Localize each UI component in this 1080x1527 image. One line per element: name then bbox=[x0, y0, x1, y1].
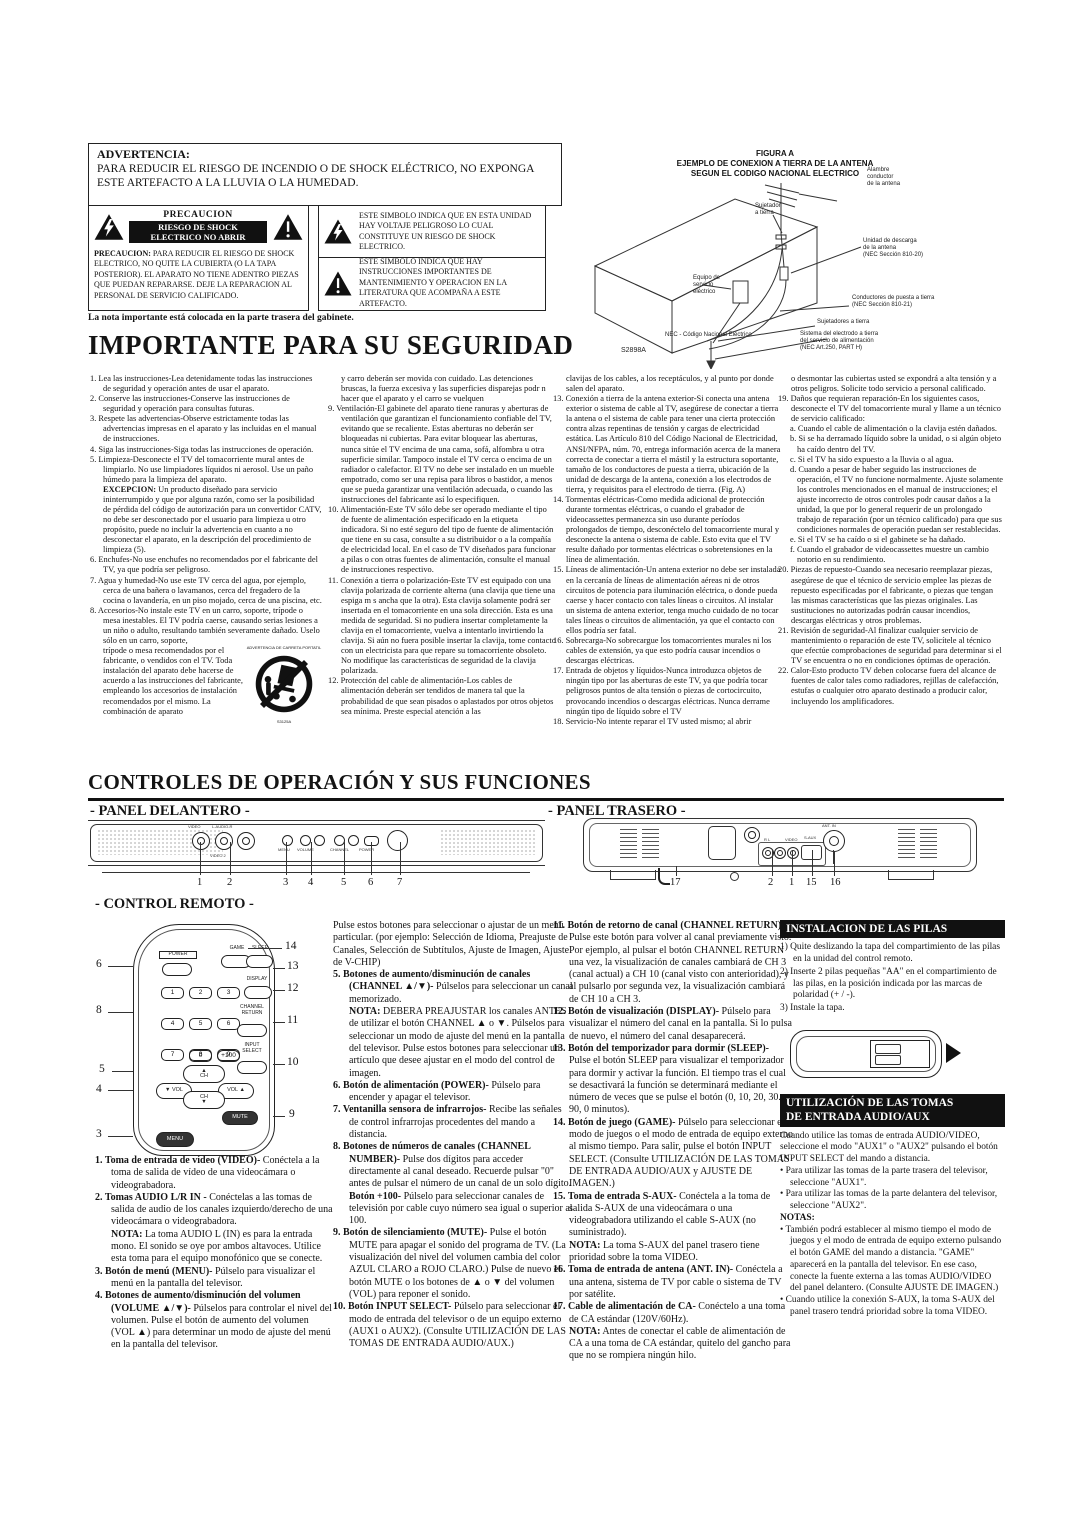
vent-right-2 bbox=[920, 828, 937, 858]
battery-aa-1 bbox=[875, 1044, 901, 1054]
list-item: • Cuando utilice la conexión S-AUX, la t… bbox=[780, 1295, 1005, 1319]
list-item: 1. Lea las instrucciones-Lea detenidamen… bbox=[90, 374, 322, 394]
callout-line bbox=[676, 866, 677, 876]
list-item: 5. Botones de aumento/disminución de can… bbox=[333, 969, 573, 1006]
list-item: 8. Accesorios-No instale este TV en un c… bbox=[90, 606, 322, 646]
remote-power-button bbox=[162, 963, 192, 976]
power-cord bbox=[658, 868, 670, 885]
front-video2-label: VIDEO 2 bbox=[210, 853, 226, 858]
callout-line bbox=[792, 850, 793, 876]
list-item: NOTAS: bbox=[780, 1213, 1005, 1225]
callout-line bbox=[286, 842, 287, 875]
label-discharge-unit: Unidad de descarga de la antena (NEC Sec… bbox=[863, 238, 923, 259]
callout-8: 8 bbox=[96, 1004, 102, 1016]
list-item: 2) Inserte 2 pilas pequeñas "AA" en el c… bbox=[780, 967, 1005, 1002]
list-item: 13. Botón del temporizador para dormir (… bbox=[553, 1043, 793, 1117]
label-antenna-wire: Alambre conductor de la antena bbox=[867, 167, 900, 188]
callout-6: 6 bbox=[96, 958, 102, 970]
audio-right-jack bbox=[237, 832, 255, 850]
callout-line bbox=[344, 842, 345, 875]
list-item: 20. Piezas de repuesto-Cuando sea necesa… bbox=[778, 565, 1004, 625]
safety-col-2: y carro deberán ser movida con cuidado. … bbox=[328, 374, 556, 717]
title-rule bbox=[88, 798, 1004, 801]
vent-left-2 bbox=[642, 828, 659, 858]
list-item: 4. Siga las instrucciones-Siga todas las… bbox=[90, 445, 322, 455]
ir-sensor-window bbox=[387, 830, 408, 851]
list-item: 1) Quite deslizando la tapa del comparti… bbox=[780, 942, 1005, 966]
list-item: Cuando utilice las tomas de entrada AUDI… bbox=[780, 1131, 1005, 1166]
advertencia-body: PARA REDUCIR EL RIESGO DE INCENDIO O DE … bbox=[97, 162, 553, 191]
list-item: f. Cuando el grabador de videocassettes … bbox=[778, 545, 1004, 565]
rear-ant-label: ANT. IN bbox=[822, 823, 836, 828]
symbol-row-voltage: ESTE SIMBOLO INDICA QUE EN ESTA UNIDAD H… bbox=[319, 206, 545, 258]
slide-arrow-icon bbox=[946, 1043, 961, 1063]
figure-code: S2898A bbox=[621, 347, 646, 355]
callout-line bbox=[400, 842, 401, 875]
aux-items: Cuando utilice las tomas de entrada AUDI… bbox=[780, 1131, 1005, 1319]
list-item: 14. Botón de juego (GAME)- Púlselo para … bbox=[553, 1117, 793, 1191]
pilas-steps: 1) Quite deslizando la tapa del comparti… bbox=[780, 942, 1005, 1015]
rear-num-15: 15 bbox=[806, 877, 817, 888]
list-item: 14. Tormentas eléctricas-Como medida adi… bbox=[553, 495, 781, 566]
list-item: 9. Botón de silenciamiento (MUTE)- Pulse… bbox=[333, 1227, 573, 1301]
list-item: 15. Toma de entrada S-AUX- Conéctela a l… bbox=[553, 1191, 793, 1240]
rear-screw bbox=[730, 872, 739, 881]
callout-5: 5 bbox=[99, 1063, 105, 1075]
list-item: 16. Toma de entrada de antena (ANT. IN)-… bbox=[553, 1264, 793, 1301]
list-item: 2. Tomas AUDIO L/R IN - Conéctelas a las… bbox=[95, 1192, 333, 1229]
callout-line bbox=[108, 1090, 133, 1091]
front-num-7: 7 bbox=[397, 877, 402, 888]
callout-line bbox=[812, 850, 813, 876]
list-item: a. Cuando el cable de alimentación o la … bbox=[778, 424, 1004, 434]
list-item: 3 bbox=[217, 987, 240, 999]
list-item: 5 bbox=[189, 1018, 212, 1030]
safety-item8-cont: trípode o mesa recomendados por el fabri… bbox=[90, 646, 244, 725]
front-video-label: VIDEO bbox=[188, 824, 200, 829]
remote-sleep-button bbox=[246, 955, 273, 968]
list-item: 11. Conexión a tierra o polarización-Est… bbox=[328, 576, 556, 677]
front-num-4: 4 bbox=[308, 877, 313, 888]
list-item: 6. Enchufes-No use enchufes no recomenda… bbox=[90, 555, 322, 575]
aux-header: UTILIZACIÓN DE LAS TOMAS DE ENTRADA AUDI… bbox=[780, 1094, 1005, 1127]
rear-num-16: 16 bbox=[830, 877, 841, 888]
list-item: 8. Botones de números de canales (CHANNE… bbox=[333, 1141, 573, 1190]
front-menu-label: MENU bbox=[278, 847, 290, 852]
list-item: 16. Sobrecarga-No sobrecargue los tomaco… bbox=[553, 636, 781, 666]
rear-foot-left bbox=[610, 870, 656, 880]
remote-display-label: DISPLAY bbox=[240, 977, 274, 983]
safety-list-1: 1. Lea las instrucciones-Lea detenidamen… bbox=[90, 374, 322, 646]
list-item: 1 bbox=[161, 987, 184, 999]
tv-base-line-2 bbox=[102, 872, 530, 873]
cart-warning: ADVERTENCIA DE CARRETA PORTATIL S3125A bbox=[246, 646, 322, 725]
callout-line bbox=[772, 850, 773, 876]
list-item: 10. Botón INPUT SELECT- Púlselo para sel… bbox=[333, 1301, 573, 1350]
precaucion-title: PRECAUCION bbox=[129, 210, 267, 220]
callout-12: 12 bbox=[287, 982, 299, 994]
volume-up-button bbox=[314, 835, 325, 846]
front-channel-label: CHANNEL bbox=[330, 847, 349, 852]
list-item: 2. Conserve las instrucciones-Conserve l… bbox=[90, 394, 322, 414]
exclamation-triangle-icon bbox=[272, 212, 304, 242]
callout-line bbox=[273, 1064, 285, 1065]
list-item: 21. Revisión de seguridad-Al finalizar c… bbox=[778, 626, 1004, 666]
tv-top-line bbox=[88, 820, 545, 821]
list-item: e. Si el TV se ha caído o si el gabinete… bbox=[778, 535, 1004, 545]
callout-line bbox=[834, 852, 835, 876]
controls-col-4: INSTALACION DE LAS PILAS 1) Quite desliz… bbox=[780, 920, 1005, 1319]
callout-14: 14 bbox=[285, 940, 297, 952]
remote-chreturn-button bbox=[237, 1024, 267, 1037]
list-item: 7. Ventanilla sensora de infrarrojos- Re… bbox=[333, 1104, 573, 1141]
lightning-triangle-icon bbox=[93, 212, 125, 242]
rear-note: La nota importante está colocada en la p… bbox=[88, 313, 354, 323]
list-item: 9. Ventilación-El gabinete del aparato t… bbox=[328, 404, 556, 505]
list-item: 18. Servicio-No intente reparar el TV us… bbox=[553, 717, 781, 727]
cart-code: S3125A bbox=[246, 720, 322, 725]
rear-audio-label: R L bbox=[764, 837, 770, 842]
safety-col-1: 1. Lea las instrucciones-Lea detenidamen… bbox=[90, 374, 322, 725]
safety-col-3: clavijas de los cables, a los receptácul… bbox=[553, 374, 781, 727]
list-item: NOTA: La toma AUDIO L (IN) es para la en… bbox=[95, 1229, 333, 1266]
pilas-header: INSTALACION DE LAS PILAS bbox=[780, 920, 1005, 938]
list-item: 11. Botón de retorno de canal (CHANNEL R… bbox=[553, 920, 793, 1006]
list-item: 5. Limpieza-Desconecte el TV del tomacor… bbox=[90, 455, 322, 485]
front-num-2: 2 bbox=[227, 877, 232, 888]
list-item: 12. Protección del cable de alimentación… bbox=[328, 676, 556, 716]
vent-right bbox=[898, 828, 915, 858]
precaucion-box: PRECAUCION RIESGO DE SHOCK ELECTRICO NO … bbox=[88, 205, 309, 311]
list-item: 10. Alimentación-Este TV sólo debe ser o… bbox=[328, 505, 556, 576]
remote-menu-button: MENU bbox=[156, 1132, 194, 1147]
callout-line bbox=[230, 842, 231, 875]
callout-line bbox=[273, 990, 285, 991]
callout-line bbox=[311, 842, 312, 875]
callout-9: 9 bbox=[289, 1108, 295, 1120]
callout-13: 13 bbox=[287, 960, 299, 972]
callout-line bbox=[108, 1012, 133, 1013]
battery-aa-2 bbox=[875, 1055, 901, 1065]
list-item: 12. Botón de visualización (DISPLAY)- Pú… bbox=[553, 1006, 793, 1043]
exclamation-triangle-icon bbox=[323, 270, 353, 297]
remote-label: - CONTROL REMOTO - bbox=[95, 896, 254, 913]
remote-zero-button: 0 bbox=[189, 1050, 212, 1062]
remote-display-button bbox=[244, 986, 272, 999]
channel-up-button bbox=[348, 835, 359, 846]
precaucion-body: PRECAUCION: PARA REDUCIR EL RIESGO DE SH… bbox=[89, 246, 309, 304]
list-item: 3. Botón de menú (MENU)- Púlselo para vi… bbox=[95, 1266, 333, 1291]
list-item: • Para utilizar las tomas de la parte tr… bbox=[780, 1166, 1005, 1190]
label-ground-clamp: Sujetador a tierra bbox=[755, 203, 781, 217]
callout-line bbox=[273, 1022, 285, 1023]
rear-panel-diagram: R L VIDEO S-AUX ANT. IN bbox=[558, 818, 1005, 880]
front-num-5: 5 bbox=[341, 877, 346, 888]
rear-foot-right bbox=[888, 870, 934, 880]
remote-inputselect-button bbox=[237, 1061, 267, 1074]
safety-col-4: o desmontar las cubiertas usted se expon… bbox=[778, 374, 1004, 707]
front-num-6: 6 bbox=[368, 877, 373, 888]
list-item: 17. Cable de alimentación de CA- Conécte… bbox=[553, 1301, 793, 1326]
figura-a: FIGURA A EJEMPLO DE CONEXION A TIERRA DE… bbox=[555, 143, 1005, 371]
callout-line bbox=[371, 842, 372, 875]
riesgo-shock-banner: RIESGO DE SHOCK ELECTRICO NO ABRIR bbox=[129, 221, 267, 243]
callout-line bbox=[108, 966, 133, 967]
advertencia-box: ADVERTENCIA: PARA REDUCIR EL RIESGO DE I… bbox=[88, 143, 562, 206]
list-item: Pulse estos botones para seleccionar o a… bbox=[333, 920, 573, 969]
remote-control-diagram: POWER GAME SLEEP DISPLAY 123456789 0 +10… bbox=[133, 924, 275, 1156]
lightning-triangle-icon bbox=[323, 218, 353, 245]
rear-audio-l-jack bbox=[774, 847, 786, 859]
remote-channel-up-button: ▲ CH bbox=[183, 1065, 225, 1083]
precaucion-lead: PRECAUCION: bbox=[94, 249, 151, 258]
list-item: y carro deberán ser movida con cuidado. … bbox=[328, 374, 556, 404]
advertencia-title: ADVERTENCIA: bbox=[97, 147, 553, 162]
list-item: EXCEPCION: Un producto diseñado para ser… bbox=[90, 485, 322, 556]
controls-title: CONTROLES DE OPERACIÓN Y SUS FUNCIONES bbox=[88, 770, 591, 795]
callout-line bbox=[248, 948, 282, 949]
callout-10: 10 bbox=[287, 1056, 299, 1068]
list-item: NOTA: La toma S-AUX del panel trasero ti… bbox=[553, 1240, 793, 1265]
remote-power-label: POWER bbox=[159, 951, 197, 959]
list-item: o desmontar las cubiertas usted se expon… bbox=[778, 374, 1004, 394]
remote-chreturn-label: CHANNEL RETURN bbox=[234, 1005, 270, 1016]
speaker-grille-right bbox=[440, 829, 535, 855]
list-item: 7. Agua y humedad-No use este TV cerca d… bbox=[90, 576, 322, 606]
rear-num-1: 1 bbox=[789, 877, 794, 888]
remote-inputselect-label: INPUT SELECT bbox=[236, 1043, 268, 1054]
list-item: b. Si se ha derramado líquido sobre la u… bbox=[778, 434, 1004, 454]
rear-num-2: 2 bbox=[768, 877, 773, 888]
label-electric-service: Equipo de servicio eléctrico bbox=[693, 275, 720, 296]
tv-base-line-1 bbox=[88, 865, 545, 866]
callout-11: 11 bbox=[287, 1014, 298, 1026]
list-item: Botón +100- Púlselo para seleccionar can… bbox=[333, 1191, 573, 1228]
menu-button bbox=[282, 835, 293, 846]
list-item: 4. Botones de aumento/disminución del vo… bbox=[95, 1290, 333, 1351]
front-num-3: 3 bbox=[283, 877, 288, 888]
list-item: d. Cuando a pesar de haber seguido las i… bbox=[778, 465, 1004, 536]
list-item: • Para utilizar las tomas de la parte de… bbox=[780, 1189, 1005, 1213]
video-jack bbox=[192, 832, 210, 850]
callout-line bbox=[273, 1116, 285, 1117]
safety-item8-row: trípode o mesa recomendados por el fabri… bbox=[90, 646, 322, 725]
callout-line bbox=[108, 1136, 133, 1137]
front-panel-label: - PANEL DELANTERO - bbox=[90, 803, 250, 820]
list-item: clavijas de los cables, a los receptácul… bbox=[553, 374, 781, 394]
ant-in-jack bbox=[823, 830, 845, 852]
rear-saux-label: S-AUX bbox=[804, 835, 816, 840]
battery-diagram bbox=[780, 1016, 1005, 1094]
rear-video-jack bbox=[787, 847, 799, 859]
list-item: 3. Respete las advertencias-Observe estr… bbox=[90, 414, 322, 444]
list-item: 22. Calor-Esto producto TV deben colocar… bbox=[778, 666, 1004, 706]
manual-page: ADVERTENCIA: PARA REDUCIR EL RIESGO DE I… bbox=[0, 0, 1080, 1527]
vent-left bbox=[620, 828, 637, 858]
symbol-row-instructions: ESTE SIMBOLO INDICA QUE HAY INSTRUCCIONE… bbox=[319, 258, 545, 308]
controls-col-1: 1. Toma de entrada de vídeo (VIDEO)- Con… bbox=[95, 1155, 333, 1352]
controls-col-2: Pulse estos botones para seleccionar o a… bbox=[333, 920, 573, 1350]
list-item: 15. Líneas de alimentación-Un antena ext… bbox=[553, 565, 781, 636]
rear-video-label: VIDEO bbox=[785, 837, 797, 842]
label-ground-clamps: Sujetadores a tierra bbox=[817, 319, 869, 326]
callout-line bbox=[112, 1071, 133, 1072]
remote-mute-button: MUTE bbox=[222, 1111, 258, 1125]
list-item: 3) Instale la tapa. bbox=[780, 1003, 1005, 1015]
front-audio-label: L-AUDIO-R bbox=[212, 824, 232, 829]
front-panel-diagram: VIDEO L-AUDIO-R VIDEO 2 MENU VOLUME CHAN… bbox=[88, 820, 545, 880]
label-electrode-system: Sistema del electrodo a tierra del servi… bbox=[800, 331, 878, 352]
callout-line bbox=[200, 842, 201, 875]
list-item: c. Si el TV ha sido expuesto a la lluvia… bbox=[778, 455, 1004, 465]
list-item: • También podrá establecer al mismo tiem… bbox=[780, 1225, 1005, 1296]
rear-num-17: 17 bbox=[670, 877, 681, 888]
list-item: 13. Conexión a tierra de la antena exter… bbox=[553, 394, 781, 495]
list-item: 2 bbox=[189, 987, 212, 999]
list-item: 6. Botón de alimentación (POWER)- Púlsel… bbox=[333, 1080, 573, 1105]
list-item: 7 bbox=[161, 1049, 184, 1061]
precaucion-header: PRECAUCION RIESGO DE SHOCK ELECTRICO NO … bbox=[129, 210, 267, 243]
front-num-1: 1 bbox=[197, 877, 202, 888]
list-item: 1. Toma de entrada de vídeo (VIDEO)- Con… bbox=[95, 1155, 333, 1192]
callout-line bbox=[273, 968, 285, 969]
list-item: NOTA: DEBERA PREAJUSTAR los canales ANTE… bbox=[333, 1006, 573, 1080]
label-nec: NEC - Código Nacional Eléctrico bbox=[665, 332, 752, 339]
callout-3: 3 bbox=[96, 1128, 102, 1140]
safety-title: IMPORTANTE PARA SU SEGURIDAD bbox=[88, 330, 573, 361]
cart-warning-icon bbox=[251, 651, 317, 717]
rear-vent-square bbox=[708, 826, 736, 860]
controls-col-3: 11. Botón de retorno de canal (CHANNEL R… bbox=[553, 920, 793, 1363]
symbol-voltage-text: ESTE SIMBOLO INDICA QUE EN ESTA UNIDAD H… bbox=[359, 211, 541, 253]
list-item: 17. Entrada de objetos y líquidos-Nunca … bbox=[553, 666, 781, 716]
remote-channel-down-button: CH ▼ bbox=[183, 1091, 225, 1109]
label-ground-conductors: Conductores de puesta a tierra (NEC Secc… bbox=[852, 295, 934, 309]
symbols-box: ESTE SIMBOLO INDICA QUE EN ESTA UNIDAD H… bbox=[318, 205, 546, 311]
figure-title-1: FIGURA A bbox=[625, 149, 925, 159]
callout-4: 4 bbox=[96, 1083, 102, 1095]
rear-top-jack bbox=[744, 827, 760, 843]
list-item: 19. Daños que requieran reparación-En lo… bbox=[778, 394, 1004, 424]
symbol-instructions-text: ESTE SIMBOLO INDICA QUE HAY INSTRUCCIONE… bbox=[359, 257, 541, 309]
volume-down-button bbox=[300, 835, 311, 846]
list-item: NOTA: Antes de conectar el cable de alim… bbox=[553, 1326, 793, 1363]
list-item: 4 bbox=[161, 1018, 184, 1030]
